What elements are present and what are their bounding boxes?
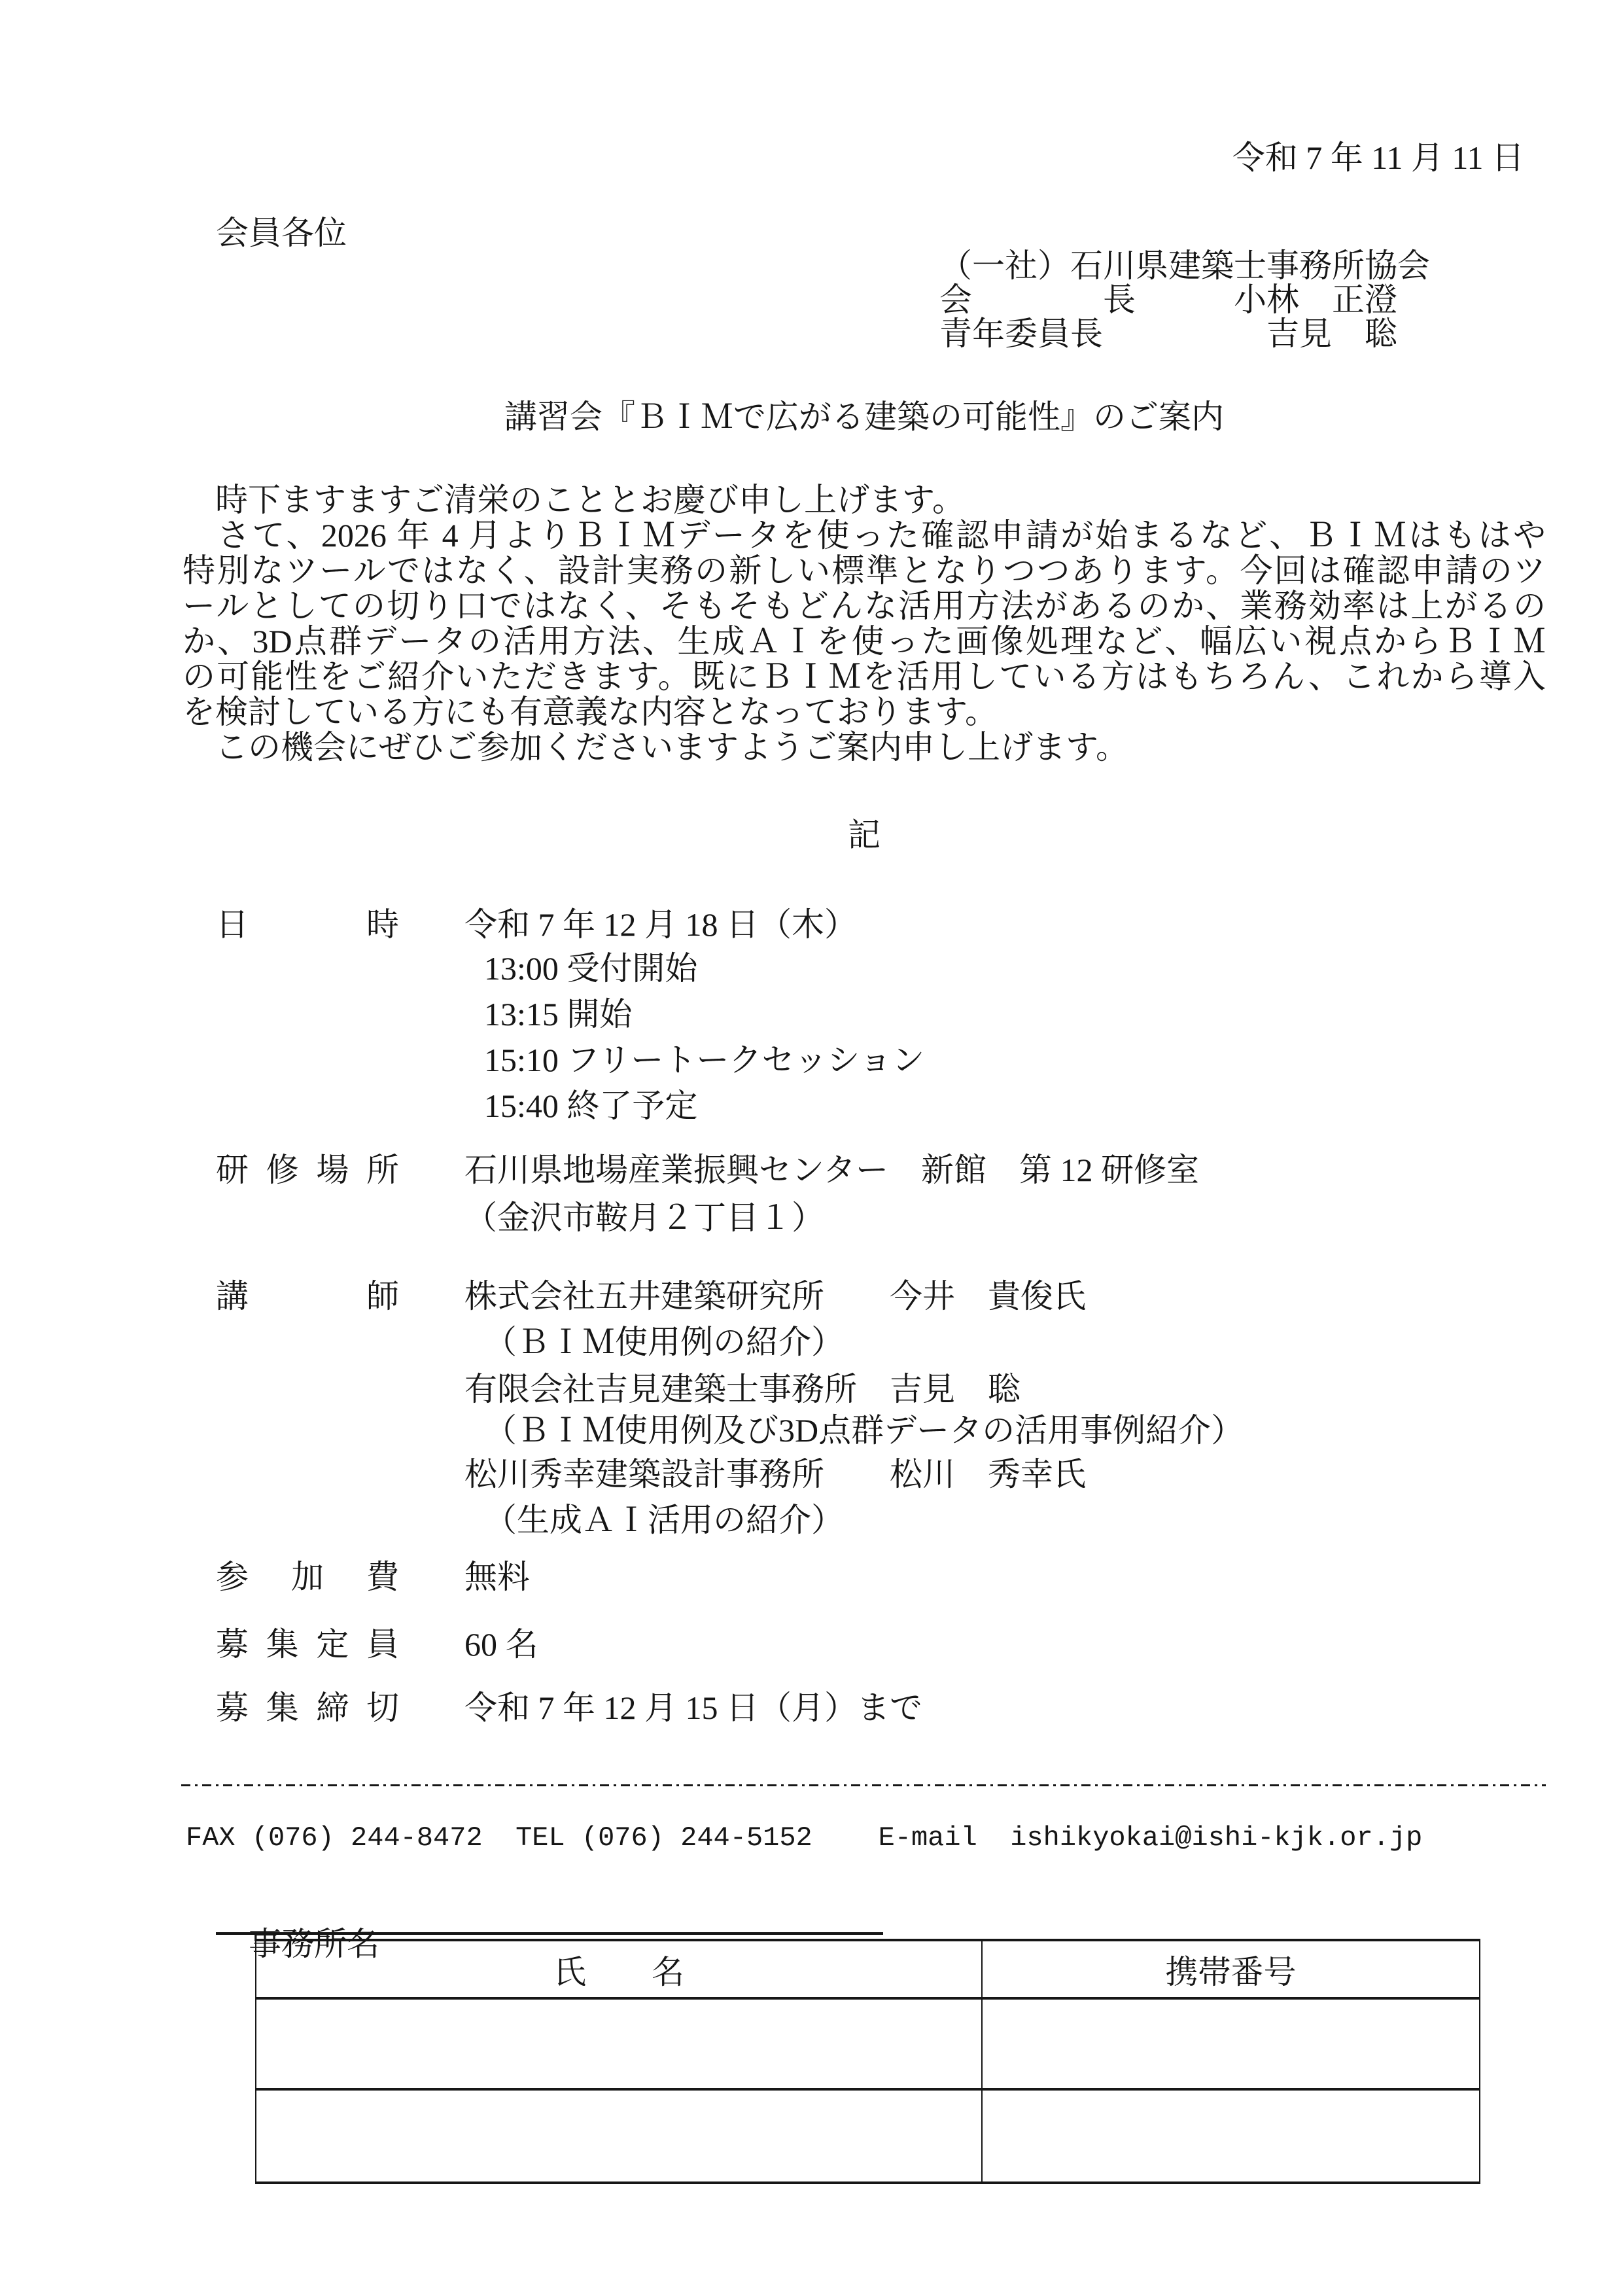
body-line: ールとしての切り口ではなく、そもそもどんな活用方法があるのか、業務効率は上がるの: [183, 588, 1546, 624]
cut-line: [181, 1784, 1546, 1786]
name-column-header: 氏 名: [256, 1940, 982, 1998]
lecturer-note-3: （生成ＡＩ活用の紹介）: [484, 1501, 844, 1539]
deadline-row: 募集締切 令和 7 年 12 月 15 日（月）まで: [0, 1689, 1623, 1727]
capacity-row: 募集定員 60 名: [0, 1625, 1623, 1663]
body-line: を検討している方にも有意義な内容となっております。: [183, 694, 1546, 730]
place-label: 研修場所: [216, 1151, 399, 1189]
fee-value: 無料: [464, 1558, 530, 1596]
sender-org: （一社）石川県建築士事務所協会: [939, 247, 1430, 285]
document-page: 令和 7 年 11 月 11 日 会員各位 （一社）石川県建築士事務所協会 会 …: [0, 0, 1623, 2296]
schedule-item: 13:00 受付開始: [484, 949, 697, 987]
phone-input-cell[interactable]: [982, 1998, 1480, 2089]
capacity-label: 募集定員: [216, 1625, 399, 1663]
fee-row: 参加費 無料: [0, 1558, 1623, 1596]
deadline-value: 令和 7 年 12 月 15 日（月）まで: [464, 1689, 922, 1727]
office-name-field[interactable]: 事務所名: [216, 1895, 883, 1935]
issue-date: 令和 7 年 11 月 11 日: [0, 139, 1524, 177]
reply-table-header-row: 氏 名 携帯番号: [256, 1940, 1480, 1998]
name-input-cell[interactable]: [256, 1998, 982, 2089]
lecturer-label: 講師: [216, 1277, 399, 1315]
place-address: （金沢市鞍月２丁目１）: [464, 1199, 824, 1237]
schedule-item: 15:10 フリートークセッション: [484, 1041, 924, 1079]
body-line: の可能性をご紹介いただきます。既にＢＩＭを活用している方はもちろん、これから導入: [183, 659, 1546, 694]
datetime-row: 日時 令和 7 年 12 月 18 日（木）: [0, 906, 1623, 944]
schedule-item: 15:40 終了予定: [484, 1087, 697, 1125]
body-line: この機会にぜひご参加くださいますようご案内申し上げます。: [183, 730, 1546, 765]
table-row: [256, 1998, 1480, 2089]
lecturer-name-1: 株式会社五井建築研究所 今井 貴俊氏: [464, 1277, 1086, 1315]
place-row: 研修場所 石川県地場産業振興センター 新館 第 12 研修室: [0, 1151, 1623, 1189]
ki-heading: 記: [183, 816, 1546, 854]
body-line: さて、2026 年 4 月よりＢＩＭデータを使った確認申請が始まるなど、ＢＩＭは…: [183, 518, 1546, 553]
fee-label: 参加費: [216, 1558, 399, 1596]
body-paragraph: 時下ますますご清栄のこととお慶び申し上げます。 さて、2026 年 4 月よりＢ…: [183, 482, 1546, 765]
body-line: 特別なツールではなく、設計実務の新しい標準となりつつあります。今回は確認申請のツ: [183, 553, 1546, 588]
place-value: 石川県地場産業振興センター 新館 第 12 研修室: [464, 1151, 1199, 1189]
lecturer-row: 講師 株式会社五井建築研究所 今井 貴俊氏: [0, 1277, 1623, 1315]
phone-column-header: 携帯番号: [982, 1940, 1480, 1998]
contact-line: FAX (076) 244-8472 TEL (076) 244-5152 E-…: [186, 1818, 1422, 1858]
capacity-value: 60 名: [464, 1625, 538, 1663]
datetime-value: 令和 7 年 12 月 18 日（木）: [464, 906, 857, 944]
body-line: か、3D点群データの活用方法、生成ＡＩを使った画像処理など、幅広い視点からＢＩＭ: [183, 624, 1546, 659]
lecturer-note-2: （ＢＩＭ使用例及び3D点群データの活用事例紹介）: [484, 1411, 1244, 1449]
schedule-item: 13:15 開始: [484, 995, 632, 1033]
page-title: 講習会『ＢＩＭで広がる建築の可能性』のご案内: [183, 398, 1546, 436]
reply-table: 氏 名 携帯番号: [255, 1939, 1480, 2184]
deadline-label: 募集締切: [216, 1689, 399, 1727]
lecturer-name-3: 松川秀幸建築設計事務所 松川 秀幸氏: [464, 1455, 1086, 1493]
addressee: 会員各位: [216, 214, 347, 252]
sender-president-line: 会 長 小林 正澄: [939, 281, 1397, 319]
datetime-label: 日時: [216, 906, 399, 944]
lecturer-note-1: （ＢＩＭ使用例の紹介）: [484, 1323, 844, 1361]
sender-committee-line: 青年委員長 吉見 聡: [939, 315, 1397, 353]
body-line: 時下ますますご清栄のこととお慶び申し上げます。: [183, 482, 1546, 518]
name-input-cell[interactable]: [256, 2089, 982, 2183]
table-row: [256, 2089, 1480, 2183]
lecturer-name-2: 有限会社吉見建築士事務所 吉見 聡: [464, 1370, 1021, 1408]
phone-input-cell[interactable]: [982, 2089, 1480, 2183]
